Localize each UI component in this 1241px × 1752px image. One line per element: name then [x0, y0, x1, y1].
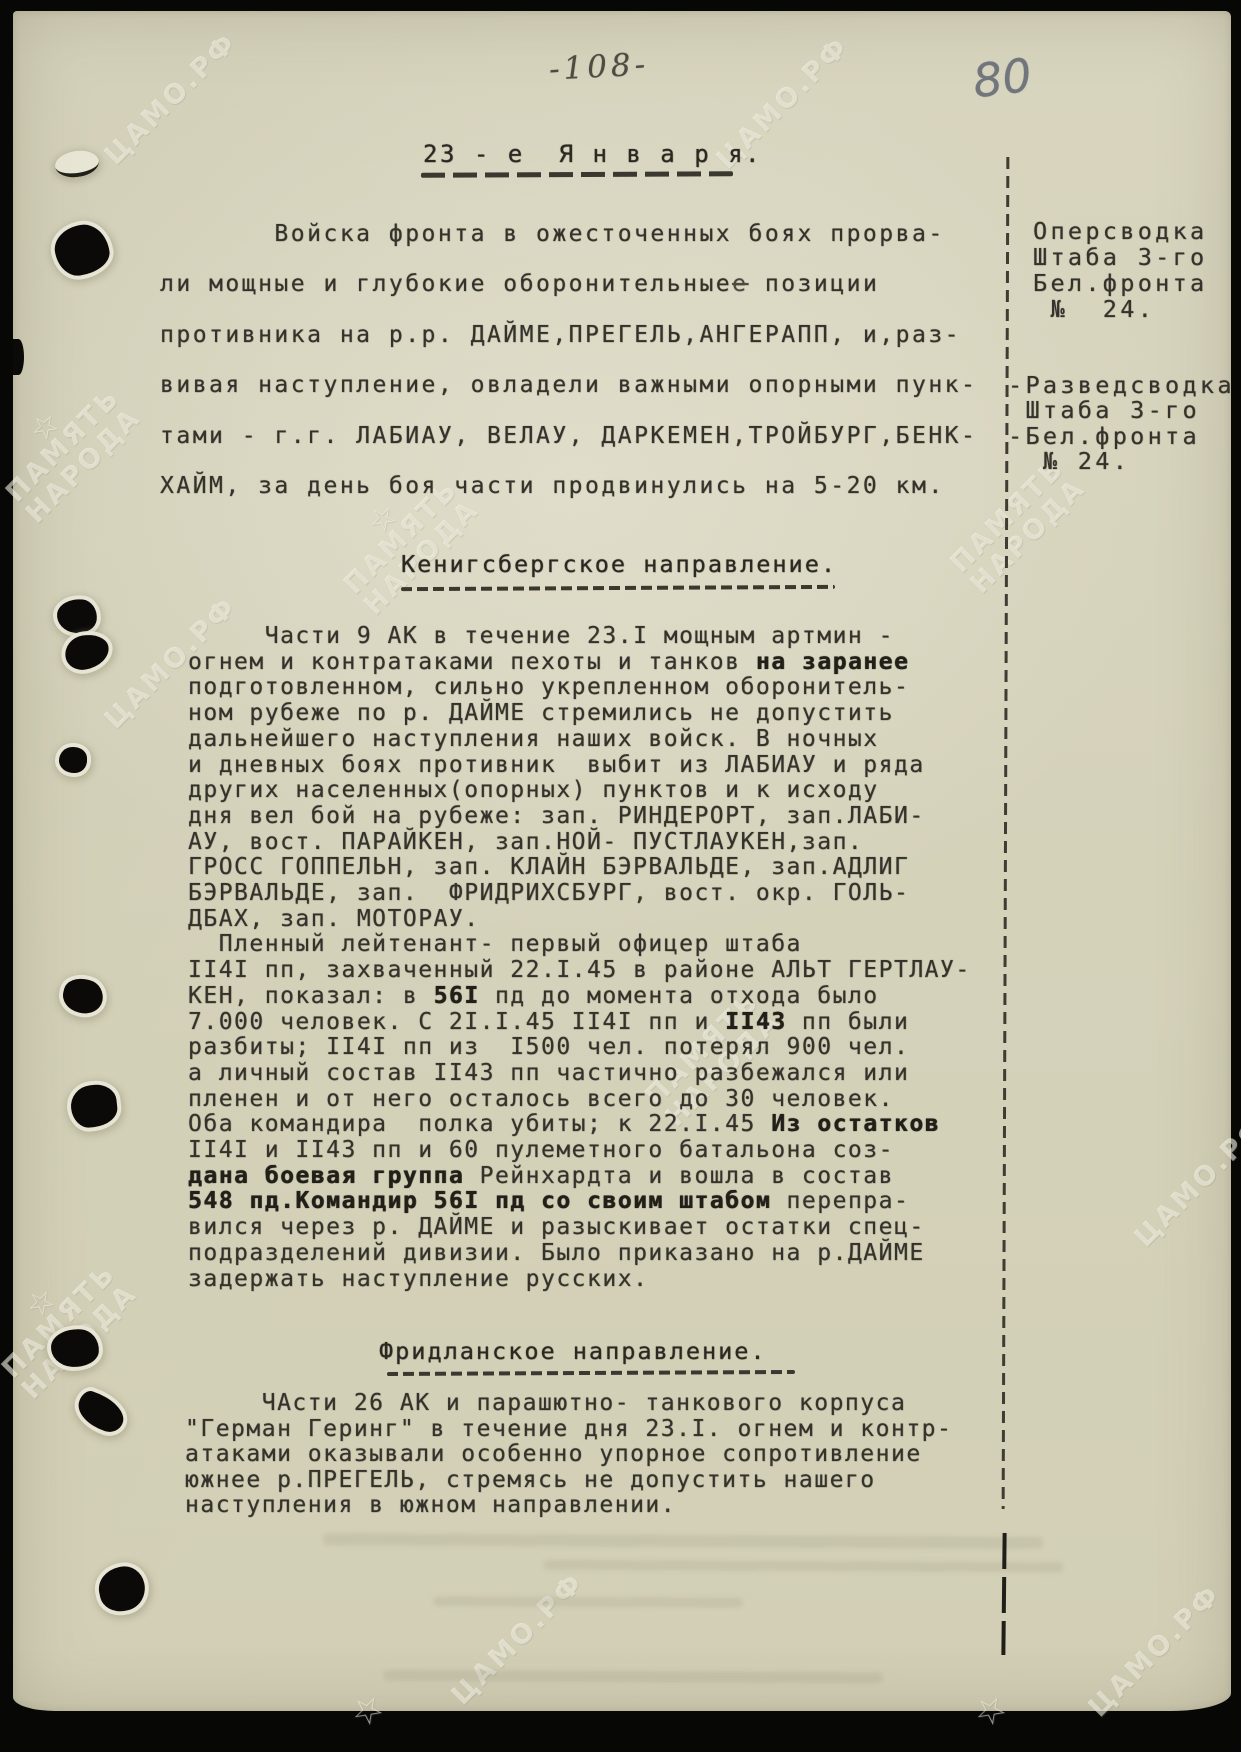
text-line: 7.000 человек. С 2I.I.45 II4I пп и II43 …	[188, 1010, 971, 1036]
paragraph-friedland: ЧАсти 26 АК и парашютно- танкового корпу…	[185, 1391, 952, 1519]
bleed-through	[433, 1596, 743, 1608]
text-line: ном рубеже по р. ДАЙМЕ стремились не доп…	[188, 701, 971, 727]
margin-divider-line-bottom	[1001, 1533, 1006, 1655]
punch-hole	[52, 221, 112, 278]
punch-hole	[59, 975, 106, 1018]
text-line: дня вел бой на рубеже: зап. РИНДЕРОРТ, з…	[188, 804, 971, 830]
text-line: 548 пд.Командир 56I пд со своим штабом п…	[188, 1189, 971, 1215]
star-icon: ☆	[348, 1691, 388, 1731]
text-line: подготовленном, сильно укрепленном оборо…	[188, 675, 971, 701]
punch-hole	[69, 1083, 119, 1130]
watermark-camo: ЦАМО.РФ	[1083, 1579, 1226, 1722]
watermark-pamyat-naroda: ☆ПАМЯТЬНАРОДА	[0, 365, 147, 528]
watermark-pamyat-naroda: ☆ПАМЯТЬНАРОДА	[0, 1241, 143, 1404]
watermark-text: ЦАМО.РФ	[1083, 1579, 1226, 1722]
text-line: других населенных(опорных) пунктов и к и…	[188, 778, 971, 804]
watermark-camo: ЦАМО.РФ	[446, 1567, 589, 1710]
watermark-camo: ЦАМО.РФ	[99, 27, 242, 170]
text-line: ЧАсти 26 АК и парашютно- танкового корпу…	[185, 1391, 952, 1417]
watermark-text: ЦАМО.РФ	[446, 1567, 589, 1710]
text-line: ДБАХ, зап. МОТОРАУ.	[188, 907, 971, 933]
text-line: II4I пп, захваченный 22.I.45 в районе АЛ…	[188, 958, 971, 984]
section-heading-underline	[387, 1370, 795, 1376]
text-line: -Разведсводка	[1008, 373, 1235, 398]
text-line: II4I и II43 пп и 60 пулеметного батальон…	[188, 1138, 971, 1164]
bleed-through	[383, 1670, 883, 1684]
text-line: наступления в южном направлении.	[185, 1493, 952, 1519]
text-line: и дневных боях противник выбит из ЛАБИАУ…	[188, 753, 971, 779]
watermark-camo: ЦАМО.РФ	[1129, 1109, 1241, 1252]
text-line: Бел.фронта	[1033, 270, 1207, 296]
text-line: № 24.	[1008, 449, 1235, 474]
text-line: Штаба 3-го	[1008, 398, 1235, 423]
text-line: разбиты; II4I пп из I500 чел. потерял 90…	[188, 1035, 971, 1061]
text-line: "Герман Геринг" в течение дня 23.I. огне…	[185, 1417, 952, 1443]
text-line: ХАЙМ, за день боя части продвинулись на …	[160, 461, 977, 511]
bleed-through	[323, 1533, 1043, 1549]
text-line: подразделений дивизии. Было приказано на…	[188, 1241, 971, 1267]
bleed-through	[543, 1560, 1063, 1573]
watermark-text: ПАМЯТЬ	[0, 382, 126, 508]
punch-hole	[55, 597, 98, 635]
text-line: дальнейшего наступления наших войск. В н…	[188, 727, 971, 753]
date-heading-underline	[421, 171, 733, 178]
text-line: КЕН, показал: в 56I пд до момента отхода…	[188, 984, 971, 1010]
text-line: ли мощные и глубокие оборонительныее поз…	[160, 259, 977, 309]
text-line: № 24.	[1033, 296, 1207, 322]
star-icon: ☆	[971, 1691, 1011, 1731]
text-line: вивая наступление, овладели важными опор…	[160, 360, 977, 410]
section-heading-underline	[401, 585, 835, 591]
text-line: южнее р.ПРЕГЕЛЬ, стремясь не допустить н…	[185, 1468, 952, 1494]
text-line: огнем и контратаками пехоты и танков на …	[188, 650, 971, 676]
watermark-text: ПАМЯТЬ	[0, 1258, 122, 1384]
text-line: Оба командира полка убиты; к 22.I.45 Из …	[188, 1112, 971, 1138]
punch-hole	[95, 1563, 149, 1616]
paragraph-summary: Войска фронта в ожесточенных боях прорва…	[160, 209, 977, 511]
margin-divider-line	[1002, 157, 1010, 1509]
text-line: задержать наступление русских.	[188, 1267, 971, 1293]
star-icon: ☆	[0, 365, 106, 487]
text-line: атаками оказывали особенно упорное сопро…	[185, 1442, 952, 1468]
text-line: дана боевая группа Рейнхардта и вошла в …	[188, 1164, 971, 1190]
paragraph-koenigsberg: Части 9 АК в течение 23.I мощным артмин …	[188, 624, 971, 1292]
text-line: пленен и от него осталось всего до 30 че…	[188, 1087, 971, 1113]
margin-note-razvedsvodka: -Разведсводка Штаба 3-го-Бел.фронта № 24…	[1008, 373, 1235, 475]
section-heading-friedland: Фридланское направление.	[379, 1337, 767, 1365]
section-heading-koenigsberg: Кенигсбергское направление.	[401, 550, 837, 578]
page-number: -108-	[548, 46, 650, 87]
edge-notch	[13, 339, 24, 375]
sheet-number: 80	[970, 48, 1035, 109]
text-line: Войска фронта в ожесточенных боях прорва…	[160, 209, 977, 259]
text-line: Штаба 3-го	[1033, 244, 1207, 270]
punch-hole	[62, 631, 111, 672]
text-line: АУ, вост. ПАРАЙКЕН, зап.НОЙ- ПУСТЛАУКЕН,…	[188, 830, 971, 856]
text-line: Оперсводка	[1033, 218, 1207, 244]
paper-tear	[53, 148, 100, 180]
watermark-text: НАРОДА	[21, 403, 147, 529]
watermark-star: ☆	[971, 1691, 1011, 1731]
text-line: -Бел.фронта	[1008, 424, 1235, 449]
watermark-star: ☆	[348, 1691, 388, 1731]
margin-note-opersvodka: ОперсводкаШтаба 3-гоБел.фронта № 24.	[1033, 218, 1207, 322]
punch-hole	[50, 1327, 101, 1368]
watermark-text: ЦАМО.РФ	[1129, 1109, 1241, 1252]
paper-sheet: ЦАМО.РФ ЦАМО.РФ ☆ПАМЯТЬНАРОДА ☆ПАМЯТЬНАР…	[13, 11, 1231, 1711]
scanned-document: ЦАМО.РФ ЦАМО.РФ ☆ПАМЯТЬНАРОДА ☆ПАМЯТЬНАР…	[0, 0, 1241, 1752]
text-line: БЭРВАЛЬДЕ, зап. ФРИДРИХСБУРГ, вост. окр.…	[188, 881, 971, 907]
punch-hole	[59, 747, 87, 773]
watermark-text: НАРОДА	[965, 473, 1091, 599]
text-line: а личный состав II43 пп частично разбежа…	[188, 1061, 971, 1087]
date-heading: 23 - е Я н в а р я.	[423, 140, 762, 168]
text-line: противника на р.р. ДАЙМЕ,ПРЕГЕЛЬ,АНГЕРАП…	[160, 310, 977, 360]
punch-hole	[73, 1388, 129, 1435]
text-line: вился через р. ДАЙМЕ и разыскивает остат…	[188, 1215, 971, 1241]
text-line: ГРОСС ГОППЕЛЬН, зап. КЛАЙН БЭРВАЛЬДЕ, за…	[188, 855, 971, 881]
text-line: Пленный лейтенант- первый офицер штаба	[188, 932, 971, 958]
text-line: Части 9 АК в течение 23.I мощным артмин …	[188, 624, 971, 650]
watermark-text: ЦАМО.РФ	[99, 27, 242, 170]
text-line: тами - г.г. ЛАБИАУ, ВЕЛАУ, ДАРКЕМЕН,ТРОЙ…	[160, 411, 977, 461]
